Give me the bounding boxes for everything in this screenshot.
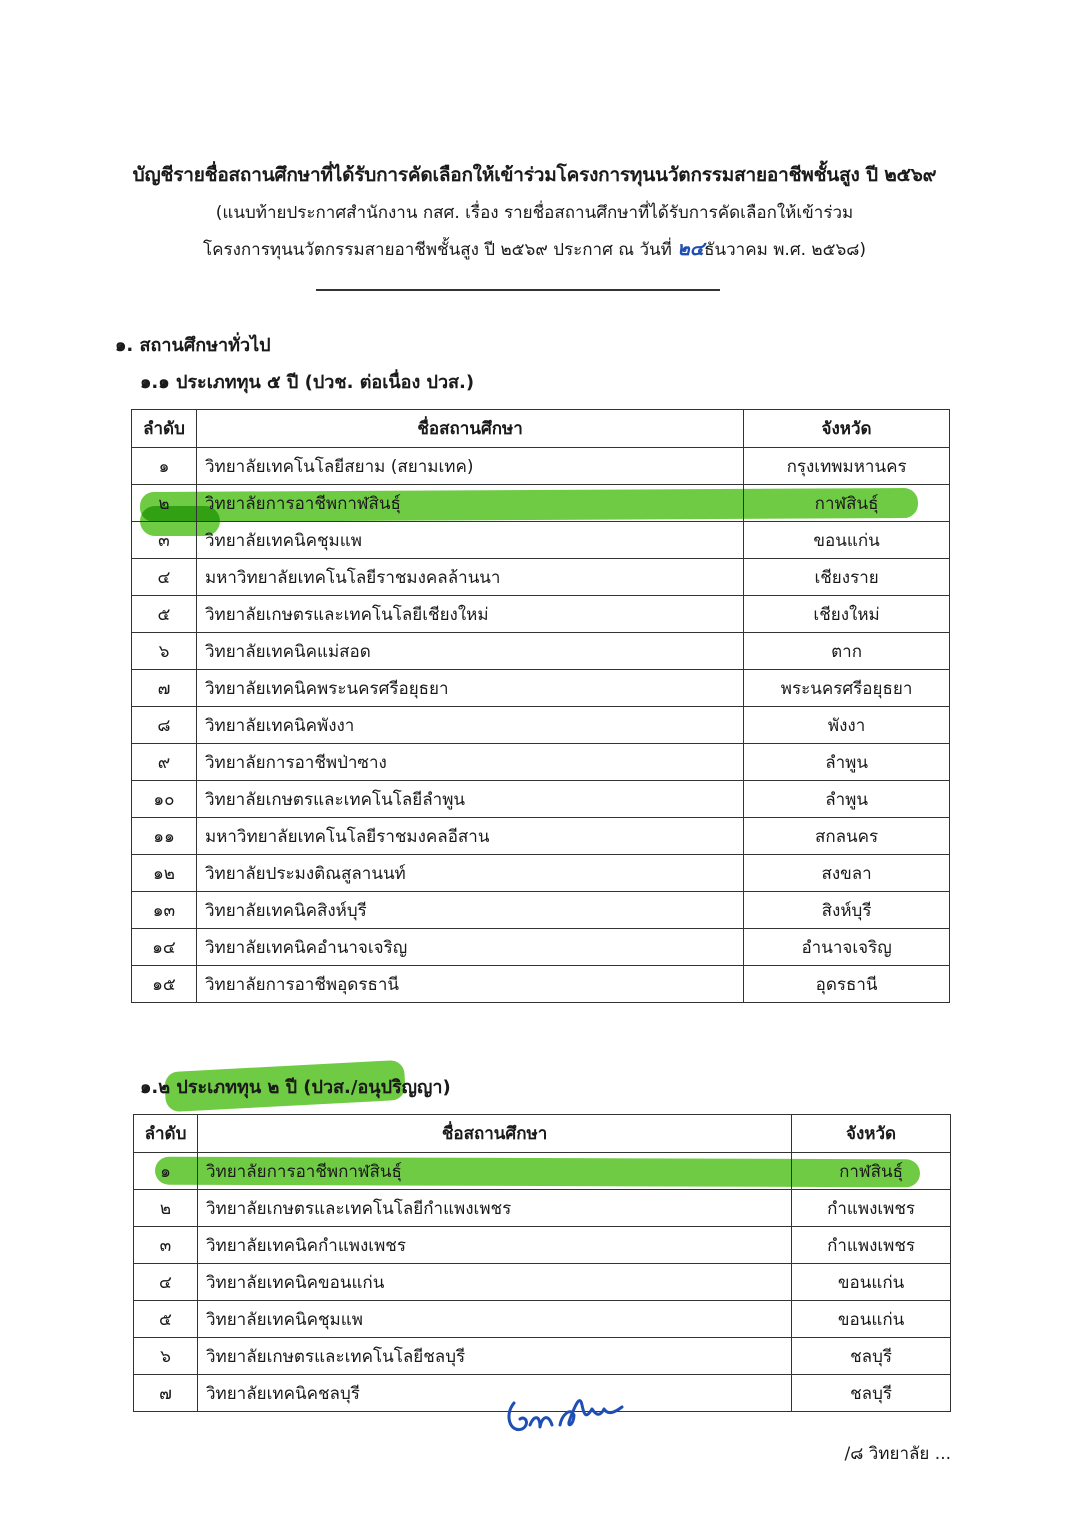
table-row: ๑๓วิทยาลัยเทคนิคสิงห์บุรีสิงห์บุรี bbox=[132, 892, 950, 929]
province-name: กำแพงเพชร bbox=[792, 1227, 951, 1264]
institution-name: วิทยาลัยการอาชีพกาฬสินธุ์ bbox=[196, 485, 743, 522]
table-row: ๒วิทยาลัยการอาชีพกาฬสินธุ์กาฬสินธุ์ bbox=[132, 485, 950, 522]
col-header-institution: ชื่อสถานศึกษา bbox=[197, 1115, 791, 1153]
province-name: กาฬสินธุ์ bbox=[792, 1153, 951, 1190]
row-number: ๑๑ bbox=[132, 818, 197, 855]
subsection-1-1-heading: ๑.๑ ประเภททุน ๕ ปี (ปวช. ต่อเนื่อง ปวส.) bbox=[140, 367, 474, 396]
institution-name: วิทยาลัยเกษตรและเทคโนโลยีเชียงใหม่ bbox=[196, 596, 743, 633]
table-row: ๙วิทยาลัยการอาชีพป่าซางลำพูน bbox=[132, 744, 950, 781]
table-2-year-scholarship: ลำดับ ชื่อสถานศึกษา จังหวัด ๑วิทยาลัยการ… bbox=[133, 1114, 951, 1412]
province-name: สิงห์บุรี bbox=[744, 892, 950, 929]
row-number: ๑๔ bbox=[132, 929, 197, 966]
table-row: ๕วิทยาลัยเกษตรและเทคโนโลยีเชียงใหม่เชียง… bbox=[132, 596, 950, 633]
table-row: ๑๐วิทยาลัยเกษตรและเทคโนโลยีลำพูนลำพูน bbox=[132, 781, 950, 818]
province-name: ชลบุรี bbox=[792, 1338, 951, 1375]
row-number: ๑๐ bbox=[132, 781, 197, 818]
table-row: ๑๕วิทยาลัยการอาชีพอุดรธานีอุดรธานี bbox=[132, 966, 950, 1003]
province-name: อำนาจเจริญ bbox=[744, 929, 950, 966]
row-number: ๖ bbox=[132, 633, 197, 670]
institution-name: วิทยาลัยเทคนิคอำนาจเจริญ bbox=[196, 929, 743, 966]
province-name: เชียงใหม่ bbox=[744, 596, 950, 633]
province-name: สงขลา bbox=[744, 855, 950, 892]
institution-name: วิทยาลัยการอาชีพป่าซาง bbox=[196, 744, 743, 781]
institution-name: มหาวิทยาลัยเทคโนโลยีราชมงคลล้านนา bbox=[196, 559, 743, 596]
row-number: ๑ bbox=[132, 448, 197, 485]
document-subtitle-line-1: (แนบท้ายประกาศสำนักงาน กสศ. เรื่อง รายชื… bbox=[0, 199, 1069, 226]
table-header-row: ลำดับ ชื่อสถานศึกษา จังหวัด bbox=[134, 1115, 951, 1153]
col-header-province: จังหวัด bbox=[792, 1115, 951, 1153]
row-number: ๕ bbox=[132, 596, 197, 633]
row-number: ๗ bbox=[134, 1375, 198, 1412]
table-row: ๑วิทยาลัยเทคโนโลยีสยาม (สยามเทค)กรุงเทพม… bbox=[132, 448, 950, 485]
row-number: ๔ bbox=[134, 1264, 198, 1301]
subsection-1-2-heading: ๑.๒ ประเภททุน ๒ ปี (ปวส./อนุปริญญา) bbox=[140, 1072, 451, 1101]
title-divider bbox=[316, 289, 720, 291]
institution-name: วิทยาลัยเทคโนโลยีสยาม (สยามเทค) bbox=[196, 448, 743, 485]
institution-name: วิทยาลัยเกษตรและเทคโนโลยีชลบุรี bbox=[197, 1338, 791, 1375]
province-name: สกลนคร bbox=[744, 818, 950, 855]
table-row: ๑๒วิทยาลัยประมงติณสูลานนท์สงขลา bbox=[132, 855, 950, 892]
row-number: ๘ bbox=[132, 707, 197, 744]
table-row: ๕วิทยาลัยเทคนิคชุมแพขอนแก่น bbox=[134, 1301, 951, 1338]
institution-name: วิทยาลัยเกษตรและเทคโนโลยีกำแพงเพชร bbox=[197, 1190, 791, 1227]
handwritten-date: ๒๔ bbox=[677, 238, 704, 260]
table-row: ๗วิทยาลัยเทคนิคพระนครศรีอยุธยาพระนครศรีอ… bbox=[132, 670, 950, 707]
province-name: กำแพงเพชร bbox=[792, 1190, 951, 1227]
table-row: ๓วิทยาลัยเทคนิคชุมแพขอนแก่น bbox=[132, 522, 950, 559]
table-row: ๘วิทยาลัยเทคนิคพังงาพังงา bbox=[132, 707, 950, 744]
province-name: ชลบุรี bbox=[792, 1375, 951, 1412]
table-row: ๒วิทยาลัยเกษตรและเทคโนโลยีกำแพงเพชรกำแพง… bbox=[134, 1190, 951, 1227]
col-header-order: ลำดับ bbox=[134, 1115, 198, 1153]
institution-name: วิทยาลัยเทคนิคพังงา bbox=[196, 707, 743, 744]
province-name: พระนครศรีอยุธยา bbox=[744, 670, 950, 707]
table-row: ๔วิทยาลัยเทคนิคขอนแก่นขอนแก่น bbox=[134, 1264, 951, 1301]
institution-name: วิทยาลัยการอาชีพกาฬสินธุ์ bbox=[197, 1153, 791, 1190]
institution-name: วิทยาลัยประมงติณสูลานนท์ bbox=[196, 855, 743, 892]
row-number: ๔ bbox=[132, 559, 197, 596]
province-name: กาฬสินธุ์ bbox=[744, 485, 950, 522]
row-number: ๑๕ bbox=[132, 966, 197, 1003]
province-name: ขอนแก่น bbox=[792, 1264, 951, 1301]
table-row: ๑๔วิทยาลัยเทคนิคอำนาจเจริญอำนาจเจริญ bbox=[132, 929, 950, 966]
institution-name: วิทยาลัยเทคนิคชุมแพ bbox=[196, 522, 743, 559]
row-number: ๓ bbox=[132, 522, 197, 559]
table-header-row: ลำดับ ชื่อสถานศึกษา จังหวัด bbox=[132, 410, 950, 448]
province-name: ขอนแก่น bbox=[792, 1301, 951, 1338]
row-number: ๒ bbox=[132, 485, 197, 522]
row-number: ๖ bbox=[134, 1338, 198, 1375]
institution-name: วิทยาลัยเทคนิคพระนครศรีอยุธยา bbox=[196, 670, 743, 707]
province-name: อุดรธานี bbox=[744, 966, 950, 1003]
col-header-institution: ชื่อสถานศึกษา bbox=[196, 410, 743, 448]
province-name: ตาก bbox=[744, 633, 950, 670]
table-row: ๖วิทยาลัยเกษตรและเทคโนโลยีชลบุรีชลบุรี bbox=[134, 1338, 951, 1375]
institution-name: วิทยาลัยเกษตรและเทคโนโลยีลำพูน bbox=[196, 781, 743, 818]
document-title: บัญชีรายชื่อสถานศึกษาที่ได้รับการคัดเลือ… bbox=[0, 160, 1069, 190]
section-1-heading: ๑. สถานศึกษาทั่วไป bbox=[115, 330, 271, 359]
institution-name: วิทยาลัยเทคนิคแม่สอด bbox=[196, 633, 743, 670]
row-number: ๓ bbox=[134, 1227, 198, 1264]
institution-name: วิทยาลัยเทคนิคสิงห์บุรี bbox=[196, 892, 743, 929]
row-number: ๑ bbox=[134, 1153, 198, 1190]
table-row: ๓วิทยาลัยเทคนิคกำแพงเพชรกำแพงเพชร bbox=[134, 1227, 951, 1264]
continuation-note: /๘ วิทยาลัย ... bbox=[845, 1440, 952, 1467]
institution-name: วิทยาลัยเทคนิคขอนแก่น bbox=[197, 1264, 791, 1301]
province-name: ลำพูน bbox=[744, 744, 950, 781]
row-number: ๙ bbox=[132, 744, 197, 781]
province-name: เชียงราย bbox=[744, 559, 950, 596]
table-row: ๑๑มหาวิทยาลัยเทคโนโลยีราชมงคลอีสานสกลนคร bbox=[132, 818, 950, 855]
document-subtitle-line-2: โครงการทุนนวัตกรรมสายอาชีพชั้นสูง ปี ๒๕๖… bbox=[0, 234, 1069, 264]
institution-name: วิทยาลัยการอาชีพอุดรธานี bbox=[196, 966, 743, 1003]
table-row: ๖วิทยาลัยเทคนิคแม่สอดตาก bbox=[132, 633, 950, 670]
row-number: ๑๒ bbox=[132, 855, 197, 892]
province-name: ขอนแก่น bbox=[744, 522, 950, 559]
subtitle-prefix: โครงการทุนนวัตกรรมสายอาชีพชั้นสูง ปี ๒๕๖… bbox=[203, 240, 677, 260]
institution-name: วิทยาลัยเทคนิคกำแพงเพชร bbox=[197, 1227, 791, 1264]
col-header-province: จังหวัด bbox=[744, 410, 950, 448]
institution-name: วิทยาลัยเทคนิคชลบุรี bbox=[197, 1375, 791, 1412]
row-number: ๒ bbox=[134, 1190, 198, 1227]
subtitle-suffix: ธันวาคม พ.ศ. ๒๕๖๘) bbox=[704, 240, 866, 260]
signature-icon bbox=[500, 1385, 640, 1445]
province-name: พังงา bbox=[744, 707, 950, 744]
row-number: ๗ bbox=[132, 670, 197, 707]
table-5-year-scholarship: ลำดับ ชื่อสถานศึกษา จังหวัด ๑วิทยาลัยเทค… bbox=[131, 409, 950, 1003]
institution-name: วิทยาลัยเทคนิคชุมแพ bbox=[197, 1301, 791, 1338]
institution-name: มหาวิทยาลัยเทคโนโลยีราชมงคลอีสาน bbox=[196, 818, 743, 855]
table-row: ๑วิทยาลัยการอาชีพกาฬสินธุ์กาฬสินธุ์ bbox=[134, 1153, 951, 1190]
col-header-order: ลำดับ bbox=[132, 410, 197, 448]
table-row: ๔มหาวิทยาลัยเทคโนโลยีราชมงคลล้านนาเชียงร… bbox=[132, 559, 950, 596]
province-name: ลำพูน bbox=[744, 781, 950, 818]
province-name: กรุงเทพมหานคร bbox=[744, 448, 950, 485]
row-number: ๑๓ bbox=[132, 892, 197, 929]
row-number: ๕ bbox=[134, 1301, 198, 1338]
